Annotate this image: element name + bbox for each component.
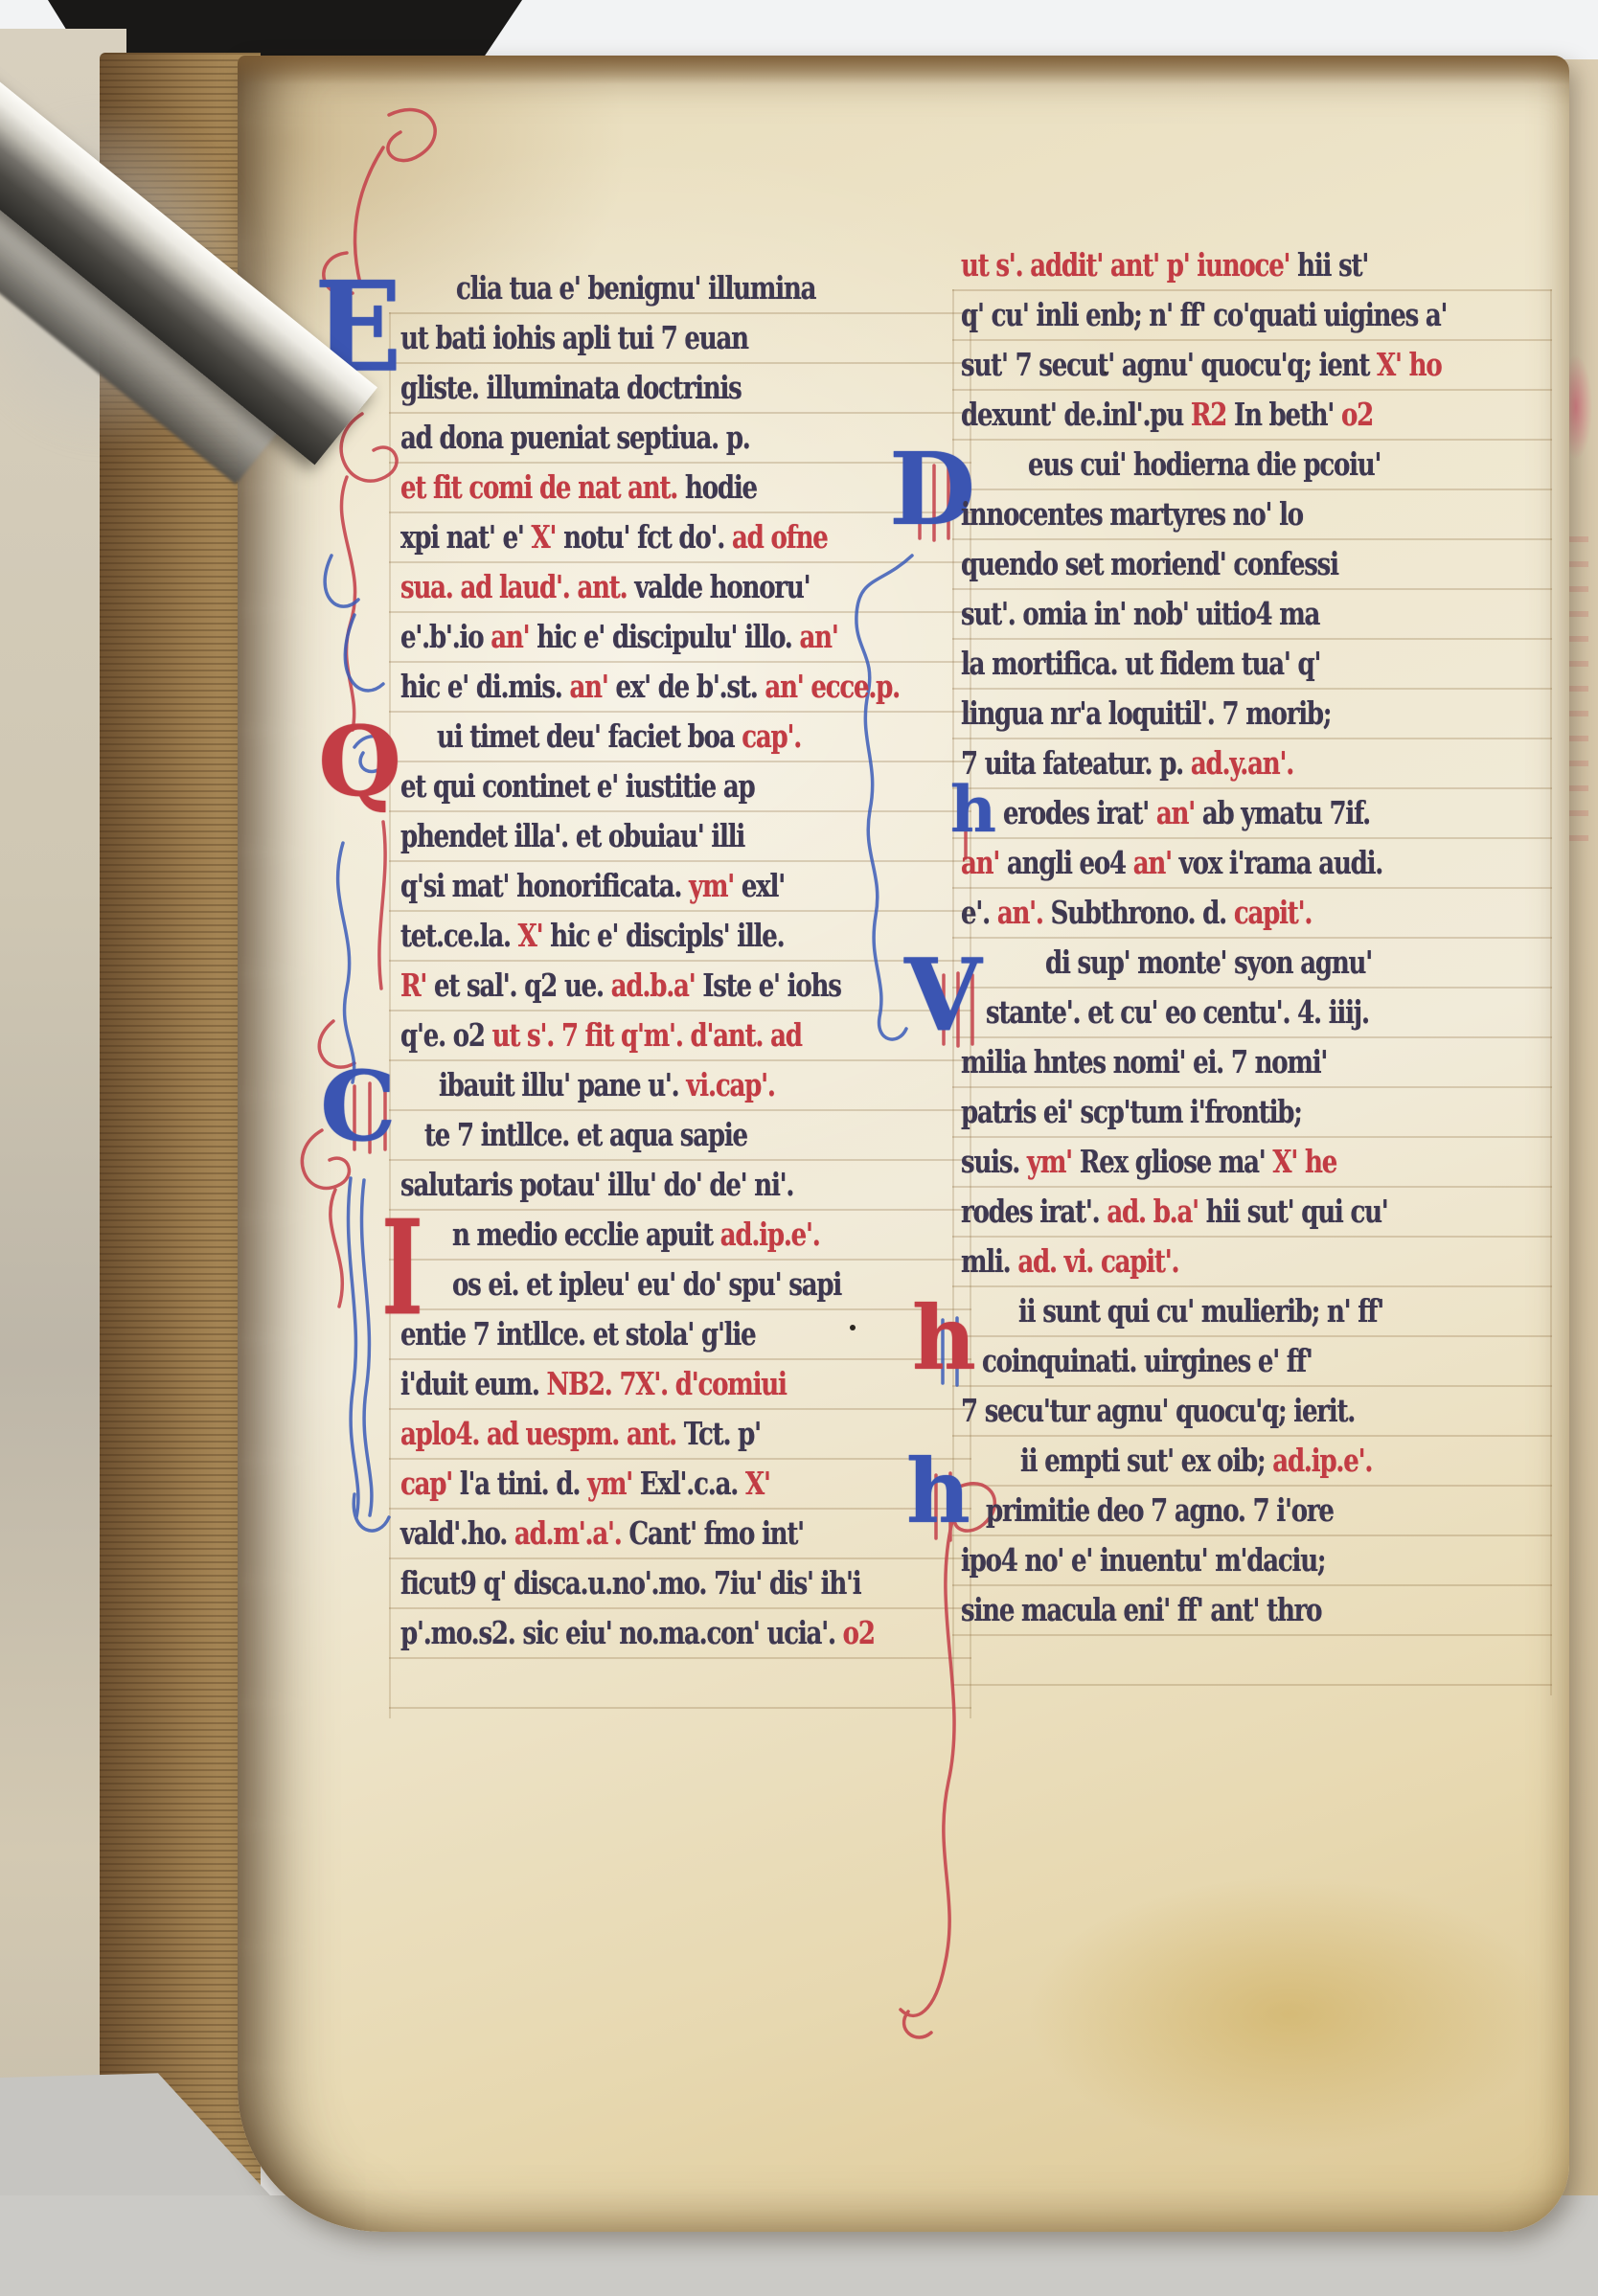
manuscript-line: 7 secu'tur agnu' quocu'q; ierit. bbox=[961, 1397, 1355, 1427]
ink-text: notu' fct do'. bbox=[563, 521, 732, 557]
rubric-text: ad.ip.e'. bbox=[720, 1218, 820, 1254]
ink-text: exl' bbox=[742, 870, 785, 905]
manuscript-line: ficut9 q' disca.u.no'.mo. 7iu' dis' ih'i bbox=[400, 1569, 860, 1600]
manuscript-line: q'e. o2 ut s'. 7 fit q'm'. d'ant. ad bbox=[400, 1021, 802, 1052]
manuscript-line: la mortifica. ut fidem tua' q' bbox=[961, 649, 1320, 680]
ink-text: et qui continet e' iustitie ap bbox=[400, 770, 754, 806]
rubric-text: ad.y.an'. bbox=[1191, 747, 1293, 783]
manuscript-line: ii sunt qui cu' mulierib; n' ff' bbox=[1018, 1297, 1383, 1328]
manuscript-line: vald'.ho. ad.m'.a'. Cant' fmo int' bbox=[400, 1519, 804, 1550]
rubric-text: o2 bbox=[843, 1617, 875, 1652]
ink-text: Tct. p' bbox=[684, 1418, 761, 1453]
manuscript-line: di sup' monte' syon agnu' bbox=[1045, 948, 1372, 979]
ink-text: milia hntes nomi' ei. 7 nomi' bbox=[961, 1046, 1327, 1081]
ink-text: sine macula eni' ff' ant' thro bbox=[961, 1594, 1321, 1629]
manuscript-line: sut'. omia in' nob' uitio4 ma bbox=[961, 600, 1319, 630]
ink-text: ex' de b'.st. bbox=[615, 671, 765, 706]
manuscript-line: lingua nr'a loquitil'. 7 morib; bbox=[961, 699, 1331, 730]
manuscript-line: mli. ad. vi. capit'. bbox=[961, 1247, 1178, 1278]
manuscript-line: tet.ce.la. X' hic e' discipls' ille. bbox=[400, 921, 784, 952]
manuscript-line: entie 7 intllce. et stola' g'lie bbox=[400, 1320, 755, 1351]
manuscript-line: rodes irat'. ad. b.a' hii sut' qui cu' bbox=[961, 1197, 1388, 1228]
ink-text: hic e' di.mis. bbox=[400, 671, 569, 706]
rubric-text: X' bbox=[532, 521, 564, 557]
rubric-text: X' bbox=[518, 920, 551, 955]
ink-text: sut' 7 secut' agnu' quocu'q; ient bbox=[961, 349, 1377, 384]
ink-text: phendet illa'. et obuiau' illi bbox=[400, 820, 744, 855]
manuscript-line: sine macula eni' ff' ant' thro bbox=[961, 1596, 1321, 1626]
ink-text: entie 7 intllce. et stola' g'lie bbox=[400, 1318, 755, 1353]
manuscript-line: 7 uita fateatur. p. ad.y.an'. bbox=[961, 749, 1293, 780]
ink-text: sut'. omia in' nob' uitio4 ma bbox=[961, 598, 1319, 633]
manuscript-line: ad dona pueniat septiua. p. bbox=[400, 423, 750, 454]
ink-text: hodie bbox=[685, 471, 757, 507]
rubric-text: aplo4. ad uespm. ant. bbox=[400, 1418, 684, 1453]
text-column-left: clia tua e' benignu' illuminaut bati ioh… bbox=[400, 274, 961, 1682]
rubric-text: an' bbox=[961, 847, 1007, 882]
manuscript-page: E Q C I D h V h h clia tua e' benignu' i… bbox=[238, 56, 1569, 2232]
ink-text: di sup' monte' syon agnu' bbox=[1045, 946, 1372, 982]
ink-text: Cant' fmo int' bbox=[628, 1517, 804, 1553]
manuscript-line: milia hntes nomi' ei. 7 nomi' bbox=[961, 1048, 1327, 1079]
ink-text: innocentes martyres no' lo bbox=[961, 498, 1303, 534]
rubric-text: ym' bbox=[1027, 1146, 1080, 1181]
ink-text: Iste e' iohs bbox=[702, 969, 840, 1005]
manuscript-line: ibauit illu' pane u'. vi.cap'. bbox=[439, 1071, 775, 1102]
manuscript-line: phendet illa'. et obuiau' illi bbox=[400, 822, 744, 852]
ink-text: ii sunt qui cu' mulierib; n' ff' bbox=[1018, 1295, 1383, 1330]
manuscript-line: q'si mat' honorificata. ym' exl' bbox=[400, 872, 785, 902]
ink-text: os ei. et ipleu' eu' do' spu' sapi bbox=[452, 1268, 841, 1304]
rubric-text: NB2. 7X'. d'comiui bbox=[547, 1368, 787, 1403]
ink-text: 7 uita fateatur. p. bbox=[961, 747, 1191, 783]
ink-text: hii sut' qui cu' bbox=[1206, 1195, 1388, 1231]
manuscript-line: suis. ym' Rex gliose ma' X' he bbox=[961, 1148, 1336, 1178]
manuscript-line: e'.b'.io an' hic e' discipulu' illo. an' bbox=[400, 623, 838, 653]
ink-text: clia tua e' benignu' illumina bbox=[456, 272, 815, 307]
rubric-text: cap'. bbox=[742, 720, 801, 756]
manuscript-line: clia tua e' benignu' illumina bbox=[456, 274, 815, 305]
ink-text: ui timet deu' faciet boa bbox=[437, 720, 742, 756]
manuscript-line: et fit comi de nat ant. hodie bbox=[400, 473, 757, 504]
rubric-text: cap' bbox=[400, 1467, 460, 1503]
ink-text: coinquinati. uirgines e' ff' bbox=[982, 1345, 1313, 1380]
manuscript-line: sua. ad laud'. ant. valde honoru' bbox=[400, 573, 810, 603]
manuscript-line: coinquinati. uirgines e' ff' bbox=[982, 1347, 1313, 1377]
manuscript-line: et qui continet e' iustitie ap bbox=[400, 772, 754, 803]
ink-text: patris ei' scp'tum i'frontib; bbox=[961, 1096, 1302, 1131]
rubric-text: vi.cap'. bbox=[686, 1069, 774, 1104]
manuscript-line: primitie deo 7 agno. 7 i'ore bbox=[986, 1496, 1334, 1527]
ink-text: ut bati iohis apli tui 7 euan bbox=[400, 322, 748, 357]
manuscript-line: R' et sal'. q2 ue. ad.b.a' Iste e' iohs bbox=[400, 971, 841, 1002]
rubric-text: an' bbox=[491, 621, 536, 656]
ink-text: vald'.ho. bbox=[400, 1517, 514, 1553]
rubric-text: ym' bbox=[689, 870, 742, 905]
manuscript-line: innocentes martyres no' lo bbox=[961, 500, 1303, 531]
manuscript-line: stante'. et cu' eo centu'. 4. iiij. bbox=[986, 998, 1369, 1029]
manuscript-line: patris ei' scp'tum i'frontib; bbox=[961, 1098, 1302, 1128]
rubric-text: ad.m'.a'. bbox=[514, 1517, 629, 1553]
ink-text: primitie deo 7 agno. 7 i'ore bbox=[986, 1494, 1334, 1530]
ink-text: suis. bbox=[961, 1146, 1027, 1181]
ink-text: valde honoru' bbox=[634, 571, 810, 606]
text-column-right: ut s'. addit' ant' p' iunoce' hii st'q' … bbox=[961, 251, 1550, 1659]
manuscript-line: q' cu' inli enb; n' ff' co'quati uigines… bbox=[961, 301, 1447, 331]
rubric-text: an' bbox=[800, 621, 838, 656]
ink-text: gliste. illuminata doctrinis bbox=[400, 372, 742, 407]
manuscript-line: ut s'. addit' ant' p' iunoce' hii st' bbox=[961, 251, 1368, 282]
ink-text: lingua nr'a loquitil'. 7 morib; bbox=[961, 697, 1331, 733]
ink-text: tet.ce.la. bbox=[400, 920, 518, 955]
ink-text: ad dona pueniat septiua. p. bbox=[400, 421, 750, 457]
ink-text: hic e' discipls' ille. bbox=[550, 920, 784, 955]
ink-text: te 7 intllce. et aqua sapie bbox=[424, 1119, 747, 1154]
ink-text: hic e' discipulu' illo. bbox=[536, 621, 799, 656]
rubric-text: an' bbox=[1133, 847, 1179, 882]
rubric-text: et fit comi de nat ant. bbox=[400, 471, 685, 507]
ink-text: Rex gliose ma' bbox=[1080, 1146, 1273, 1181]
ink-text: hii st' bbox=[1297, 249, 1368, 284]
ink-text: la mortifica. ut fidem tua' q' bbox=[961, 648, 1320, 683]
manuscript-line: eus cui' hodierna die pcoiu' bbox=[1028, 450, 1381, 481]
rubric-text: ut s'. 7 fit q'm'. d'ant. ad bbox=[492, 1019, 802, 1055]
rubric-text: ad.b.a' bbox=[611, 969, 703, 1005]
rubric-text: ad ofne bbox=[732, 521, 828, 557]
manuscript-line: xpi nat' e' X' notu' fct do'. ad ofne bbox=[400, 523, 828, 554]
ink-text: Subthrono. d. bbox=[1051, 897, 1234, 932]
manuscript-line: ut bati iohis apli tui 7 euan bbox=[400, 324, 748, 354]
rubric-text: an' ecce.p. bbox=[765, 671, 900, 706]
ink-text: erodes irat' bbox=[1003, 797, 1156, 832]
manuscript-line: gliste. illuminata doctrinis bbox=[400, 374, 742, 404]
ink-text: e'.b'.io bbox=[400, 621, 491, 656]
ink-text: ii empti sut' ex oib; bbox=[1020, 1444, 1272, 1480]
manuscript-line: sut' 7 secut' agnu' quocu'q; ient X' ho bbox=[961, 351, 1441, 381]
ink-text: eus cui' hodierna die pcoiu' bbox=[1028, 448, 1381, 484]
rubric-text: capit'. bbox=[1234, 897, 1312, 932]
manuscript-line: erodes irat' an' ab ymatu 7if. bbox=[1003, 799, 1370, 830]
ink-text: salutaris potau' illu' do' de' ni'. bbox=[400, 1169, 793, 1204]
manuscript-line: te 7 intllce. et aqua sapie bbox=[424, 1121, 747, 1151]
manuscript-photograph: E Q C I D h V h h clia tua e' benignu' i… bbox=[0, 0, 1598, 2296]
rubric-text: an' bbox=[1156, 797, 1202, 832]
ink-text: ab ymatu 7if. bbox=[1202, 797, 1370, 832]
manuscript-line: salutaris potau' illu' do' de' ni'. bbox=[400, 1171, 793, 1201]
ink-text: vox i'rama audi. bbox=[1179, 847, 1382, 882]
ink-text: quendo set moriend' confessi bbox=[961, 548, 1338, 583]
rubric-text: ut s'. addit' ant' p' iunoce' bbox=[961, 249, 1297, 284]
manuscript-line: os ei. et ipleu' eu' do' spu' sapi bbox=[452, 1270, 841, 1301]
ink-text: q' cu' inli enb; n' ff' co'quati uigines… bbox=[961, 299, 1447, 334]
ink-text: q'e. o2 bbox=[400, 1019, 492, 1055]
ink-text: angli eo4 bbox=[1007, 847, 1133, 882]
manuscript-line: ui timet deu' faciet boa cap'. bbox=[437, 722, 801, 753]
page-top-edge bbox=[238, 56, 1569, 84]
ink-text: stante'. et cu' eo centu'. 4. iiij. bbox=[986, 996, 1369, 1032]
rubric-text: ym' bbox=[587, 1467, 640, 1503]
manuscript-line: hic e' di.mis. an' ex' de b'.st. an' ecc… bbox=[400, 672, 900, 703]
ink-text: xpi nat' e' bbox=[400, 521, 532, 557]
rubric-text: R' bbox=[400, 969, 434, 1005]
manuscript-line: e'. an'. Subthrono. d. capit'. bbox=[961, 898, 1312, 929]
ink-text: dexunt' de.inl'.pu bbox=[961, 398, 1191, 434]
manuscript-line: ipo4 no' e' inuentu' m'daciu; bbox=[961, 1546, 1325, 1577]
manuscript-line: ii empti sut' ex oib; ad.ip.e'. bbox=[1020, 1446, 1372, 1477]
ink-text: rodes irat'. bbox=[961, 1195, 1107, 1231]
ink-text: Exl'.c.a. bbox=[640, 1467, 745, 1503]
verso-red-marks bbox=[1567, 536, 1588, 843]
manuscript-line: an' angli eo4 an' vox i'rama audi. bbox=[961, 849, 1382, 879]
ink-text: q'si mat' honorificata. bbox=[400, 870, 689, 905]
manuscript-line: dexunt' de.inl'.pu R2 In beth' o2 bbox=[961, 400, 1373, 431]
ink-text: ficut9 q' disca.u.no'.mo. 7iu' dis' ih'i bbox=[400, 1567, 860, 1603]
ink-text: et sal'. q2 ue. bbox=[434, 969, 611, 1005]
ink-text: ibauit illu' pane u'. bbox=[439, 1069, 686, 1104]
ink-text: n medio ecclie apuit bbox=[452, 1218, 720, 1254]
rubric-text: X' he bbox=[1272, 1146, 1336, 1181]
rubric-text: o2 bbox=[1341, 398, 1373, 434]
ink-text: ipo4 no' e' inuentu' m'daciu; bbox=[961, 1544, 1325, 1580]
ink-text: In beth' bbox=[1234, 398, 1341, 434]
rubric-text: an' bbox=[569, 671, 615, 706]
rubric-text: X' bbox=[745, 1467, 770, 1503]
manuscript-line: n medio ecclie apuit ad.ip.e'. bbox=[452, 1220, 820, 1251]
rubric-text: an'. bbox=[997, 897, 1051, 932]
rubric-text: sua. ad laud'. ant. bbox=[400, 571, 634, 606]
manuscript-line: quendo set moriend' confessi bbox=[961, 550, 1338, 580]
rubric-text: ad.ip.e'. bbox=[1272, 1444, 1372, 1480]
rubric-text: X' ho bbox=[1377, 349, 1441, 384]
ink-text: l'a tini. d. bbox=[460, 1467, 587, 1503]
manuscript-line: aplo4. ad uespm. ant. Tct. p' bbox=[400, 1420, 761, 1450]
illuminated-initial-C: C bbox=[320, 1063, 397, 1149]
rubric-text: R2 bbox=[1191, 398, 1234, 434]
manuscript-line: cap' l'a tini. d. ym' Exl'.c.a. X' bbox=[400, 1469, 770, 1500]
ink-text: mli. bbox=[961, 1245, 1017, 1281]
manuscript-line: p'.mo.s2. sic eiu' no.ma.con' ucia'. o2 bbox=[400, 1619, 875, 1649]
ink-text: p'.mo.s2. sic eiu' no.ma.con' ucia'. bbox=[400, 1617, 843, 1652]
rubric-text: ad. b.a' bbox=[1107, 1195, 1205, 1231]
ink-text: 7 secu'tur agnu' quocu'q; ierit. bbox=[961, 1395, 1355, 1430]
manuscript-line: i'duit eum. NB2. 7X'. d'comiui bbox=[400, 1370, 787, 1400]
ink-text: e'. bbox=[961, 897, 997, 932]
rubric-text: ad. vi. capit'. bbox=[1017, 1245, 1178, 1281]
illuminated-initial-Q: Q bbox=[318, 718, 401, 805]
ink-text: i'duit eum. bbox=[400, 1368, 547, 1403]
